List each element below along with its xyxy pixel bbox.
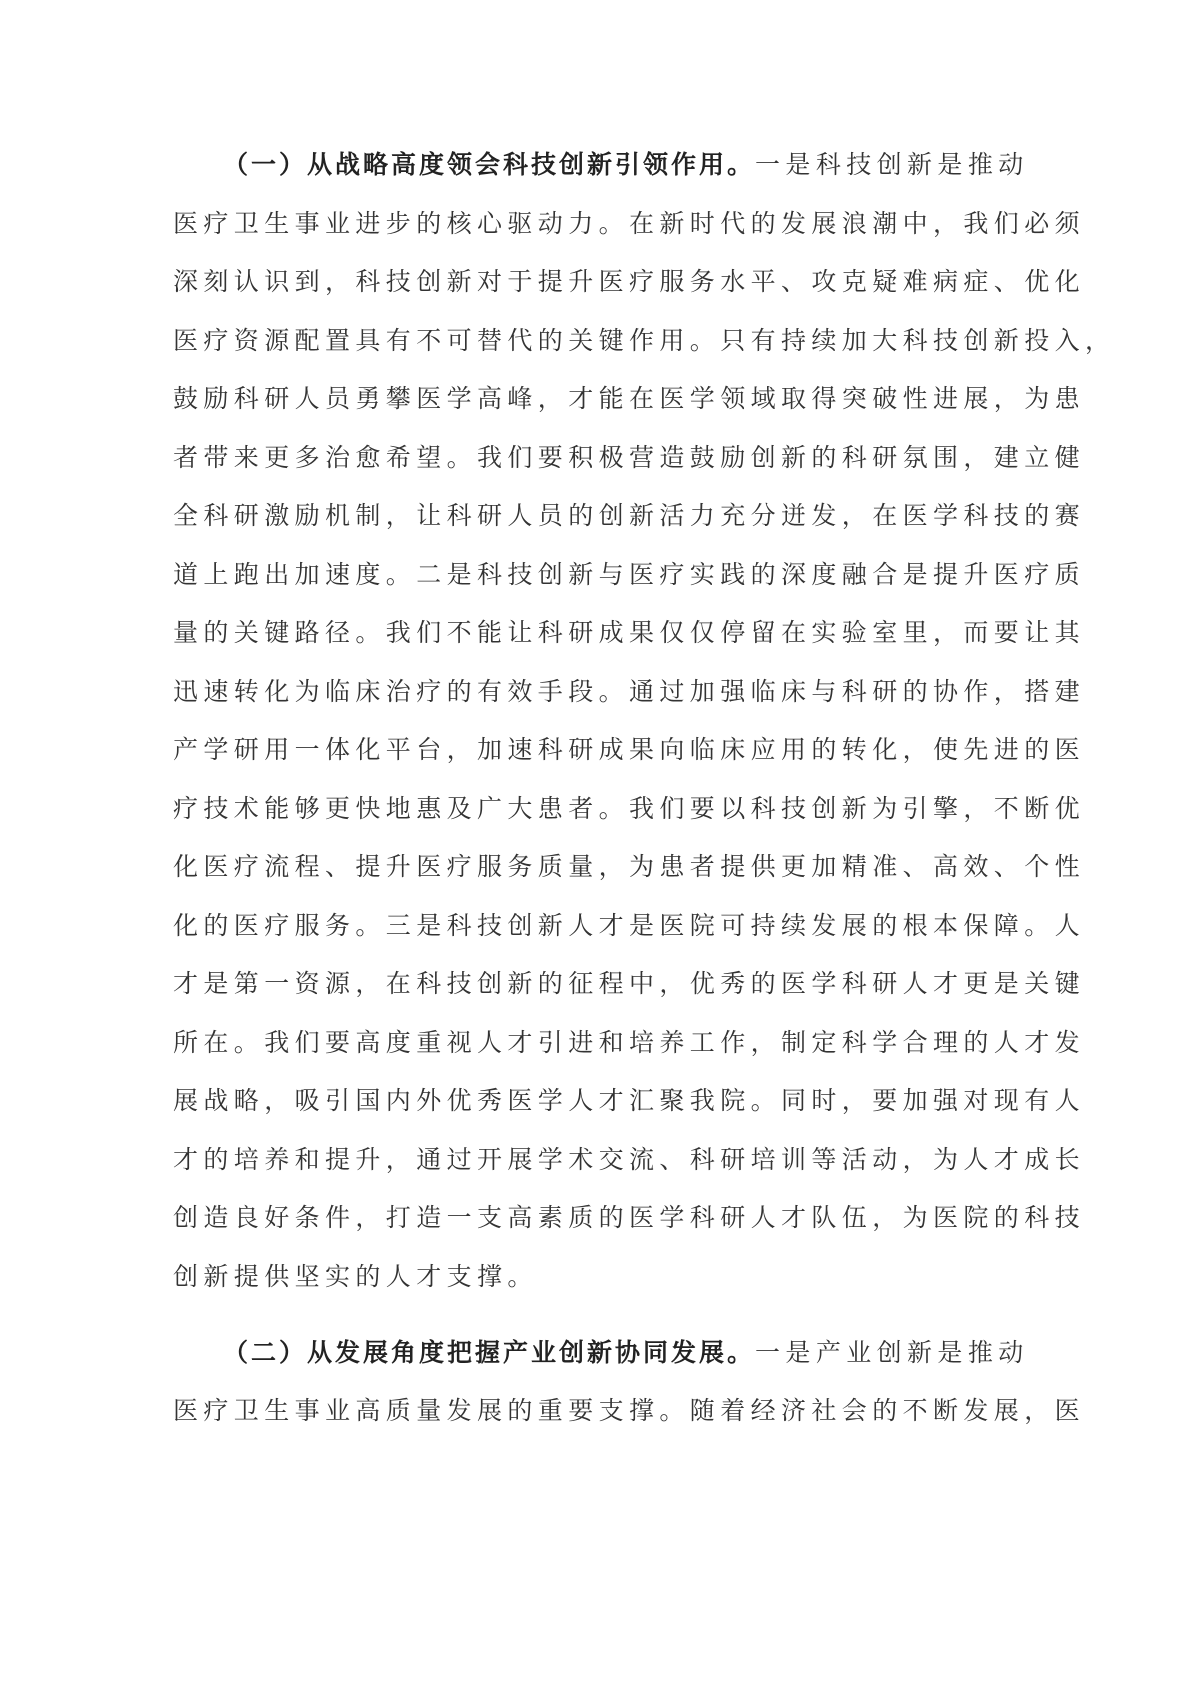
paragraph-line: 医疗卫生事业高质量发展的重要支撑。随着经济社会的不断发展，医 [173,1396,1013,1426]
paragraph-line: 量的关键路径。我们不能让科研成果仅仅停留在实验室里，而要让其 [173,618,1013,648]
paragraph-line: 才的培养和提升，通过开展学术交流、科研培训等活动，为人才成长 [173,1145,1013,1175]
paragraph-line: 展战略，吸引国内外优秀医学人才汇聚我院。同时，要加强对现有人 [173,1086,1013,1116]
paragraph-line: 道上跑出加速度。二是科技创新与医疗实践的深度融合是提升医疗质 [173,560,1013,590]
section-heading: （二）从发展角度把握产业创新协同发展。 [223,1338,755,1367]
paragraph-line: 迅速转化为临床治疗的有效手段。通过加强临床与科研的协作，搭建 [173,677,1013,707]
paragraph-line: 深刻认识到，科技创新对于提升医疗服务水平、攻克疑难病症、优化 [173,267,1013,297]
paragraph-line: 鼓励科研人员勇攀医学高峰，才能在医学领域取得突破性进展，为患 [173,384,1013,414]
paragraph-line: 产学研用一体化平台，加速科研成果向临床应用的转化，使先进的医 [173,735,1013,765]
paragraph-line: 医疗资源配置具有不可替代的关键作用。只有持续加大科技创新投入， [173,326,1013,356]
document-page: （一）从战略高度领会科技创新引领作用。一是科技创新是推动 医疗卫生事业进步的核心… [0,0,1190,1683]
section-heading: （一）从战略高度领会科技创新引领作用。 [223,150,755,179]
paragraph-line: （二）从发展角度把握产业创新协同发展。一是产业创新是推动 [223,1338,1063,1368]
paragraph-line: 医疗卫生事业进步的核心驱动力。在新时代的发展浪潮中，我们必须 [173,209,1013,239]
paragraph-line: 创新提供坚实的人才支撑。 [173,1262,1013,1292]
paragraph-line: 者带来更多治愈希望。我们要积极营造鼓励创新的科研氛围，建立健 [173,443,1013,473]
paragraph-line: 化的医疗服务。三是科技创新人才是医院可持续发展的根本保障。人 [173,911,1013,941]
paragraph-line: 所在。我们要高度重视人才引进和培养工作，制定科学合理的人才发 [173,1028,1013,1058]
paragraph-line: 才是第一资源，在科技创新的征程中，优秀的医学科研人才更是关键 [173,969,1013,999]
paragraph-line: 创造良好条件，打造一支高素质的医学科研人才队伍，为医院的科技 [173,1203,1013,1233]
paragraph-line: 全科研激励机制，让科研人员的创新活力充分迸发，在医学科技的赛 [173,501,1013,531]
paragraph-line: （一）从战略高度领会科技创新引领作用。一是科技创新是推动 [223,150,1063,180]
paragraph-line: 化医疗流程、提升医疗服务质量，为患者提供更加精准、高效、个性 [173,852,1013,882]
paragraph-line: 疗技术能够更快地惠及广大患者。我们要以科技创新为引擎，不断优 [173,794,1013,824]
